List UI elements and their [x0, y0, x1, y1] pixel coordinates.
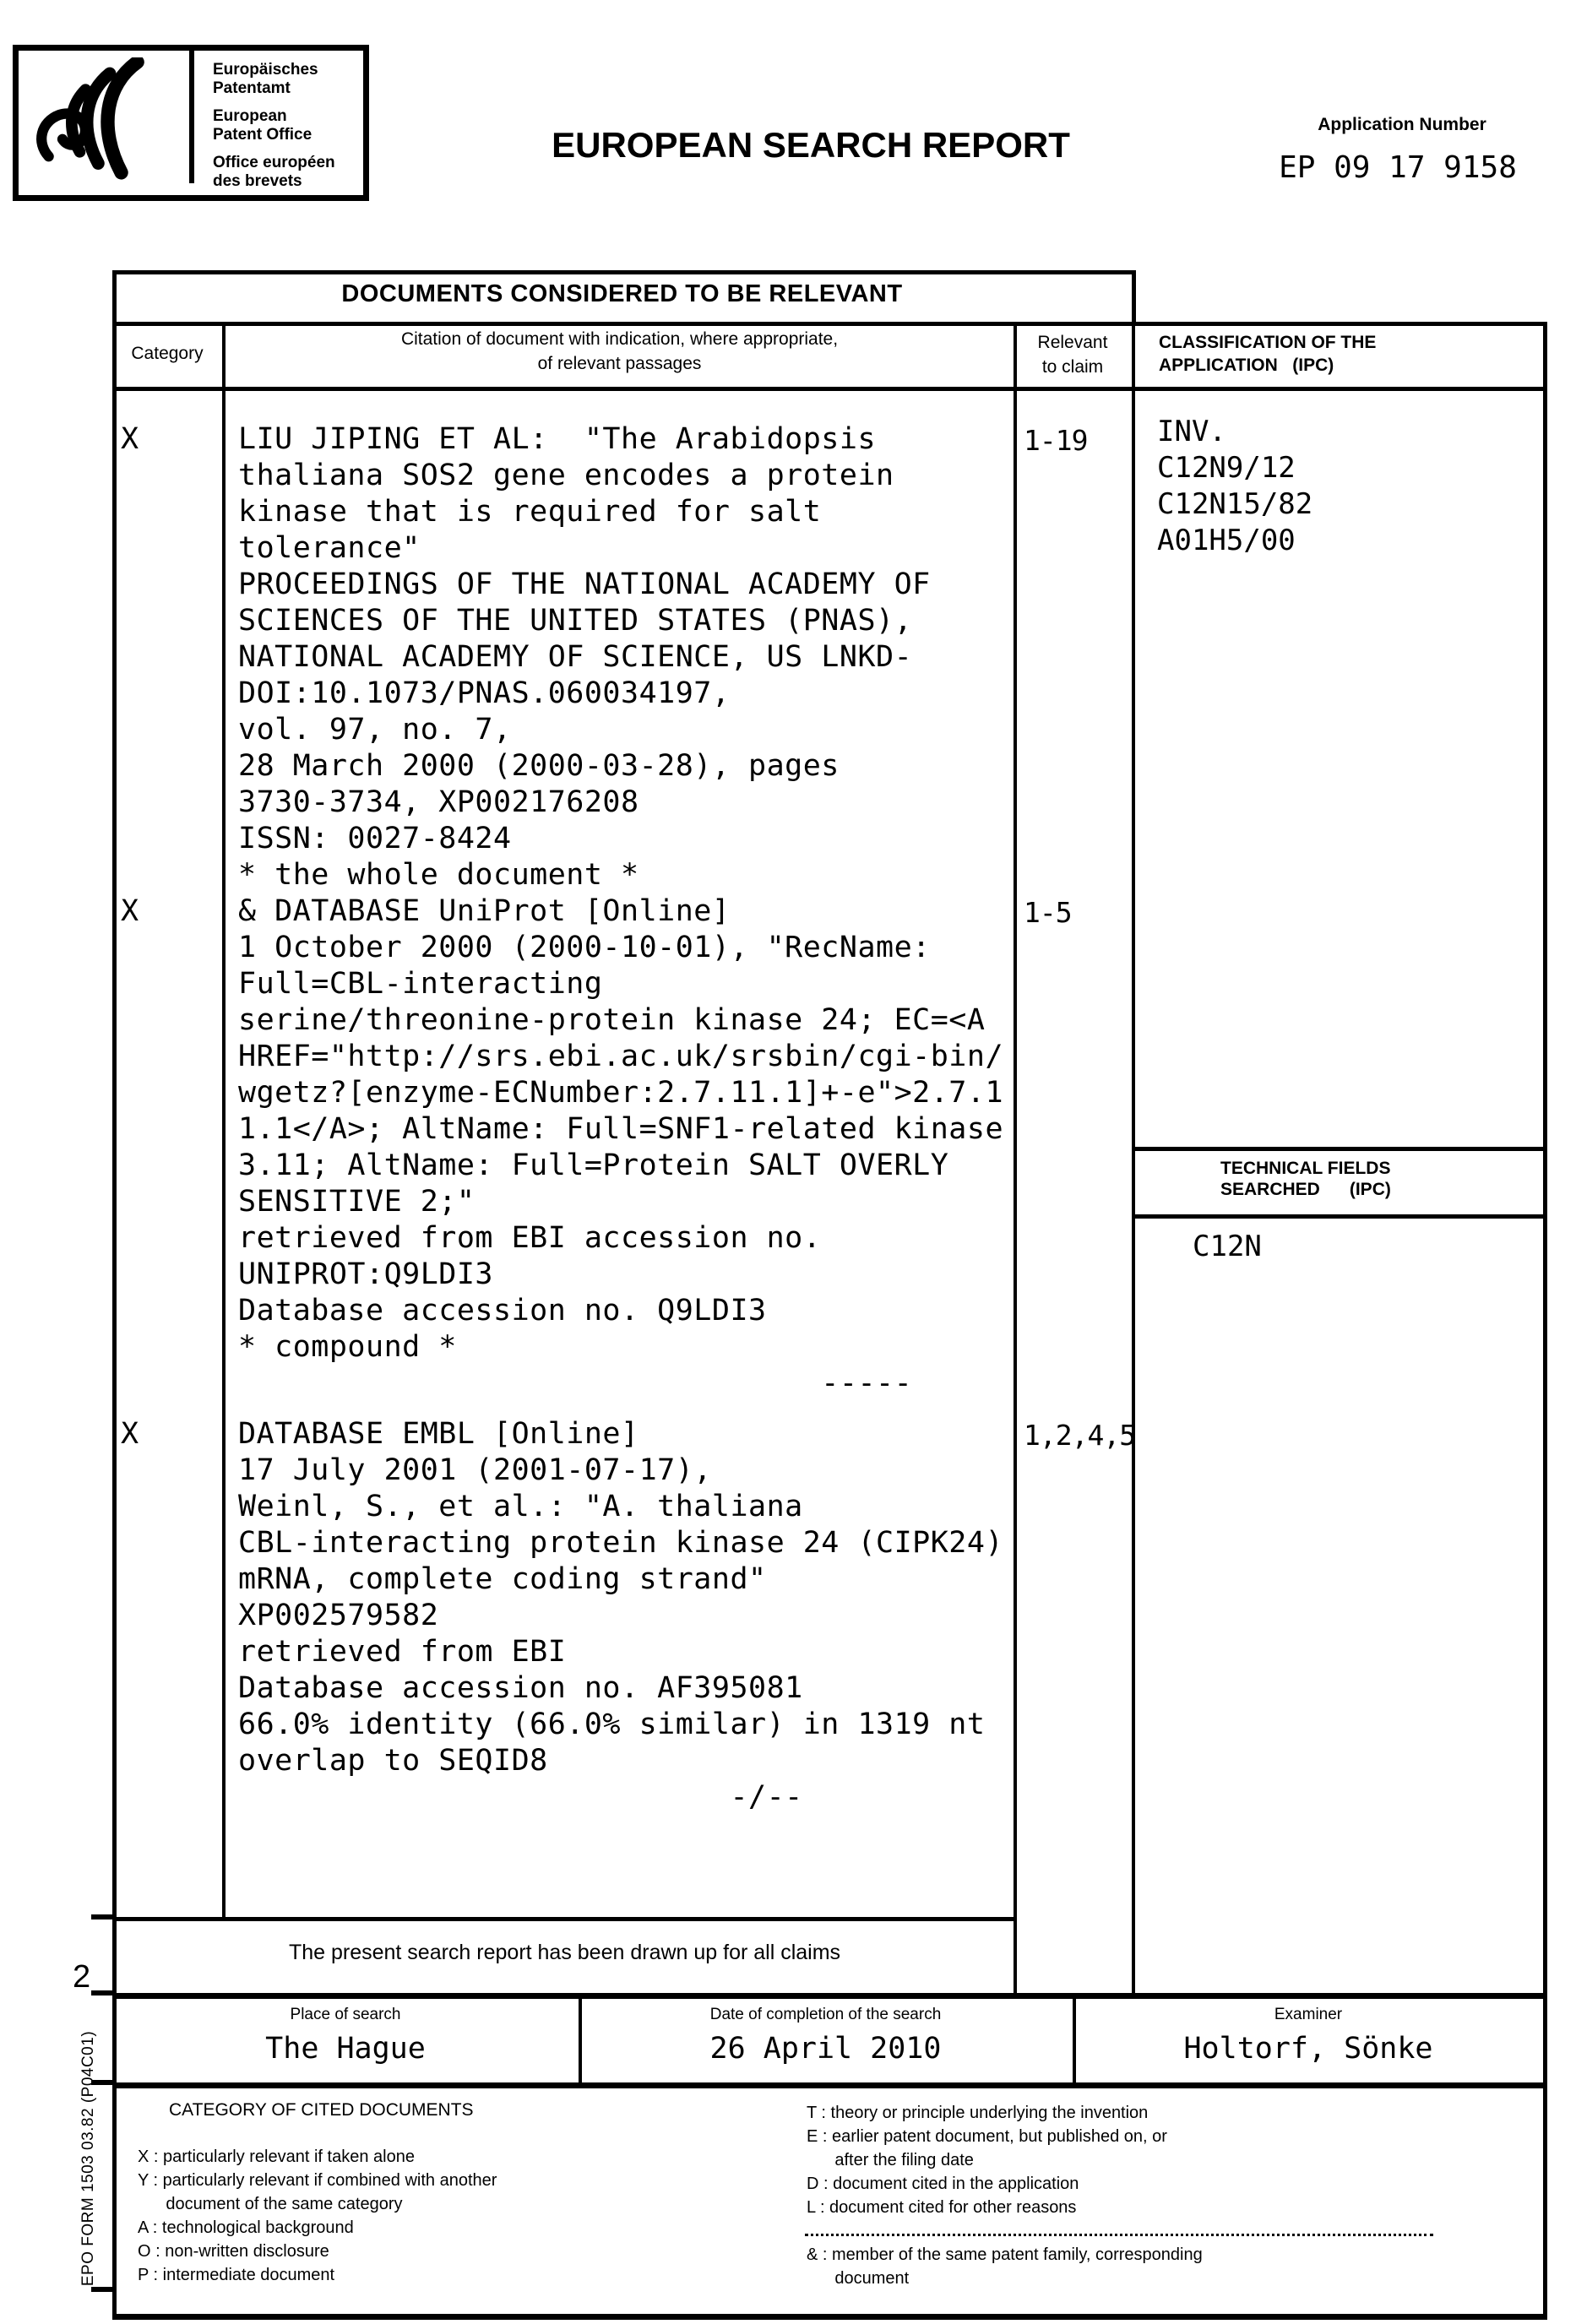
legend-item: document of the same category	[138, 2195, 403, 2214]
citation-column-header: of relevant passages	[226, 354, 1014, 374]
margin-tick	[91, 1914, 112, 1919]
divider-line	[112, 270, 1136, 274]
legend-item: E : earlier patent document, but publish…	[807, 2127, 1167, 2147]
legend-item: L : document cited for other reasons	[807, 2198, 1076, 2218]
citation-line: DATABASE EMBL [Online]	[238, 1417, 639, 1451]
citation-line: * compound *	[238, 1330, 457, 1364]
technical-fields-label: TECHNICAL FIELDS	[1220, 1159, 1390, 1179]
divider-line	[112, 1993, 1547, 1999]
legend-item: & : member of the same patent family, co…	[807, 2245, 1203, 2265]
divider-line	[1132, 1147, 1547, 1151]
citation-line: 3.11; AltName: Full=Protein SALT OVERLY	[238, 1148, 948, 1182]
legend-item: after the filing date	[807, 2151, 974, 2170]
citation-line: Database accession no. AF395081	[238, 1671, 803, 1705]
form-identifier: EPO FORM 1503 03.82 (P04C01)	[79, 2019, 98, 2298]
category-marker: X	[121, 894, 139, 928]
citation-line: serine/threonine-protein kinase 24; EC=<…	[238, 1003, 985, 1037]
divider-line	[1132, 1214, 1547, 1219]
citation-line: retrieved from EBI accession no.	[238, 1221, 821, 1255]
citation-line: Weinl, S., et al.: "A. thaliana	[238, 1490, 803, 1523]
citation-line: 1 October 2000 (2000-10-01), "RecName:	[238, 931, 931, 964]
divider-line	[112, 2314, 1547, 2320]
completion-date-label: Date of completion of the search	[579, 2006, 1073, 2024]
legend-item: P : intermediate document	[138, 2266, 334, 2285]
citation-line: 3730-3734, XP002176208	[238, 785, 639, 819]
citation-line: LIU JIPING ET AL: "The Arabidopsis	[238, 422, 876, 456]
divider-line	[112, 387, 1547, 391]
drawn-up-statement: The present search report has been drawn…	[112, 1941, 1017, 1965]
examiner-label: Examiner	[1073, 2006, 1544, 2024]
citation-line: overlap to SEQID8	[238, 1744, 548, 1778]
citation-line: mRNA, complete coding strand"	[238, 1562, 767, 1596]
divider-line	[1132, 322, 1135, 1999]
citation-line: NATIONAL ACADEMY OF SCIENCE, US LNKD-	[238, 640, 912, 674]
citation-line: thaliana SOS2 gene encodes a protein	[238, 459, 894, 492]
sheet-number: 2	[73, 1959, 90, 1995]
citation-column-header: Citation of document with indication, wh…	[226, 329, 1014, 350]
citation-line: vol. 97, no. 7,	[238, 713, 512, 747]
citation-line: 17 July 2001 (2001-07-17),	[238, 1453, 712, 1487]
search-report-page: Europäisches Patentamt European Patent O…	[0, 0, 1576, 2324]
logo-text: Patent Office	[213, 126, 312, 144]
citation-line: ISSN: 0027-8424	[238, 822, 512, 855]
citation-line: 1.1</A>; AltName: Full=SNF1-related kina…	[238, 1112, 1003, 1146]
citation-line: -----	[238, 1366, 912, 1400]
legend-item: Y : particularly relevant if combined wi…	[138, 2171, 497, 2191]
citation-line: Database accession no. Q9LDI3	[238, 1294, 767, 1328]
examiner-value: Holtorf, Sönke	[1073, 2032, 1544, 2066]
classification-value: C12N9/12	[1157, 451, 1296, 485]
citation-line: HREF="http://srs.ebi.ac.uk/srsbin/cgi-bi…	[238, 1040, 1003, 1073]
citation-line: retrieved from EBI	[238, 1635, 566, 1669]
citation-line: Full=CBL-interacting	[238, 967, 602, 1001]
citation-line: tolerance"	[238, 531, 421, 565]
claims-value: 1,2,4,5	[1024, 1419, 1135, 1452]
citation-line: XP002579582	[238, 1599, 438, 1632]
divider-line	[222, 322, 226, 1921]
legend-item: D : document cited in the application	[807, 2175, 1079, 2194]
divider-line	[112, 2082, 1547, 2088]
logo-text: des brevets	[213, 172, 302, 191]
relevant-column-header: to claim	[1014, 357, 1132, 377]
divider-line	[1132, 270, 1136, 326]
epo-logo-icon	[29, 57, 172, 184]
citation-line: 66.0% identity (66.0% similar) in 1319 n…	[238, 1708, 985, 1741]
logo-text: European	[213, 107, 287, 126]
category-marker: X	[121, 422, 139, 456]
classification-column-header: CLASSIFICATION OF THE	[1159, 333, 1376, 353]
place-of-search-label: Place of search	[112, 2006, 579, 2024]
citation-line: wgetz?[enzyme-ECNumber:2.7.11.1]+-e">2.7…	[238, 1076, 1003, 1110]
legend-dotted-separator	[805, 2234, 1433, 2236]
logo-text: Europäisches	[213, 61, 318, 79]
legend-item: O : non-written disclosure	[138, 2242, 329, 2262]
place-of-search-value: The Hague	[112, 2032, 579, 2066]
legend-item: T : theory or principle underlying the i…	[807, 2104, 1148, 2123]
citation-line: & DATABASE UniProt [Online]	[238, 894, 730, 928]
legend-item: A : technological background	[138, 2218, 354, 2238]
margin-tick	[91, 1990, 112, 1995]
category-marker: X	[121, 1417, 139, 1451]
classification-value: C12N15/82	[1157, 487, 1312, 521]
claims-value: 1-19	[1024, 424, 1087, 457]
divider-line	[112, 322, 1547, 326]
citation-line: 28 March 2000 (2000-03-28), pages	[238, 749, 840, 783]
classification-value: INV.	[1157, 415, 1226, 448]
citation-line: UNIPROT:Q9LDI3	[238, 1257, 493, 1291]
relevant-column-header: Relevant	[1014, 333, 1132, 353]
divider-line	[189, 51, 194, 183]
logo-text: Patentamt	[213, 79, 291, 98]
divider-line	[112, 1917, 1017, 1921]
citation-line: SENSITIVE 2;"	[238, 1185, 475, 1219]
completion-date-value: 26 April 2010	[579, 2032, 1073, 2066]
logo-text: Office européen	[213, 154, 335, 172]
citation-line: kinase that is required for salt	[238, 495, 821, 529]
application-number-label: Application Number	[1258, 115, 1546, 135]
citation-line: PROCEEDINGS OF THE NATIONAL ACADEMY OF	[238, 567, 931, 601]
category-column-header: Category	[112, 344, 222, 364]
classification-column-header: APPLICATION (IPC)	[1159, 356, 1334, 376]
citation-line: CBL-interacting protein kinase 24 (CIPK2…	[238, 1526, 1003, 1560]
legend-heading: CATEGORY OF CITED DOCUMENTS	[169, 2100, 474, 2120]
divider-line	[1014, 322, 1017, 1999]
legend-item: X : particularly relevant if taken alone	[138, 2148, 415, 2167]
technical-field-value: C12N	[1193, 1230, 1262, 1263]
citation-line: -/--	[238, 1780, 803, 1814]
citation-line: * the whole document *	[238, 858, 639, 892]
technical-fields-label: SEARCHED (IPC)	[1220, 1180, 1391, 1200]
legend-item: document	[807, 2269, 909, 2289]
table-title: DOCUMENTS CONSIDERED TO BE RELEVANT	[112, 280, 1132, 308]
classification-value: A01H5/00	[1157, 524, 1296, 557]
claims-value: 1-5	[1024, 896, 1072, 929]
application-number-value: EP 09 17 9158	[1250, 150, 1546, 185]
citation-line: DOI:10.1073/PNAS.060034197,	[238, 676, 730, 710]
page-title: EUROPEAN SEARCH REPORT	[507, 125, 1115, 166]
citation-line: SCIENCES OF THE UNITED STATES (PNAS),	[238, 604, 912, 638]
